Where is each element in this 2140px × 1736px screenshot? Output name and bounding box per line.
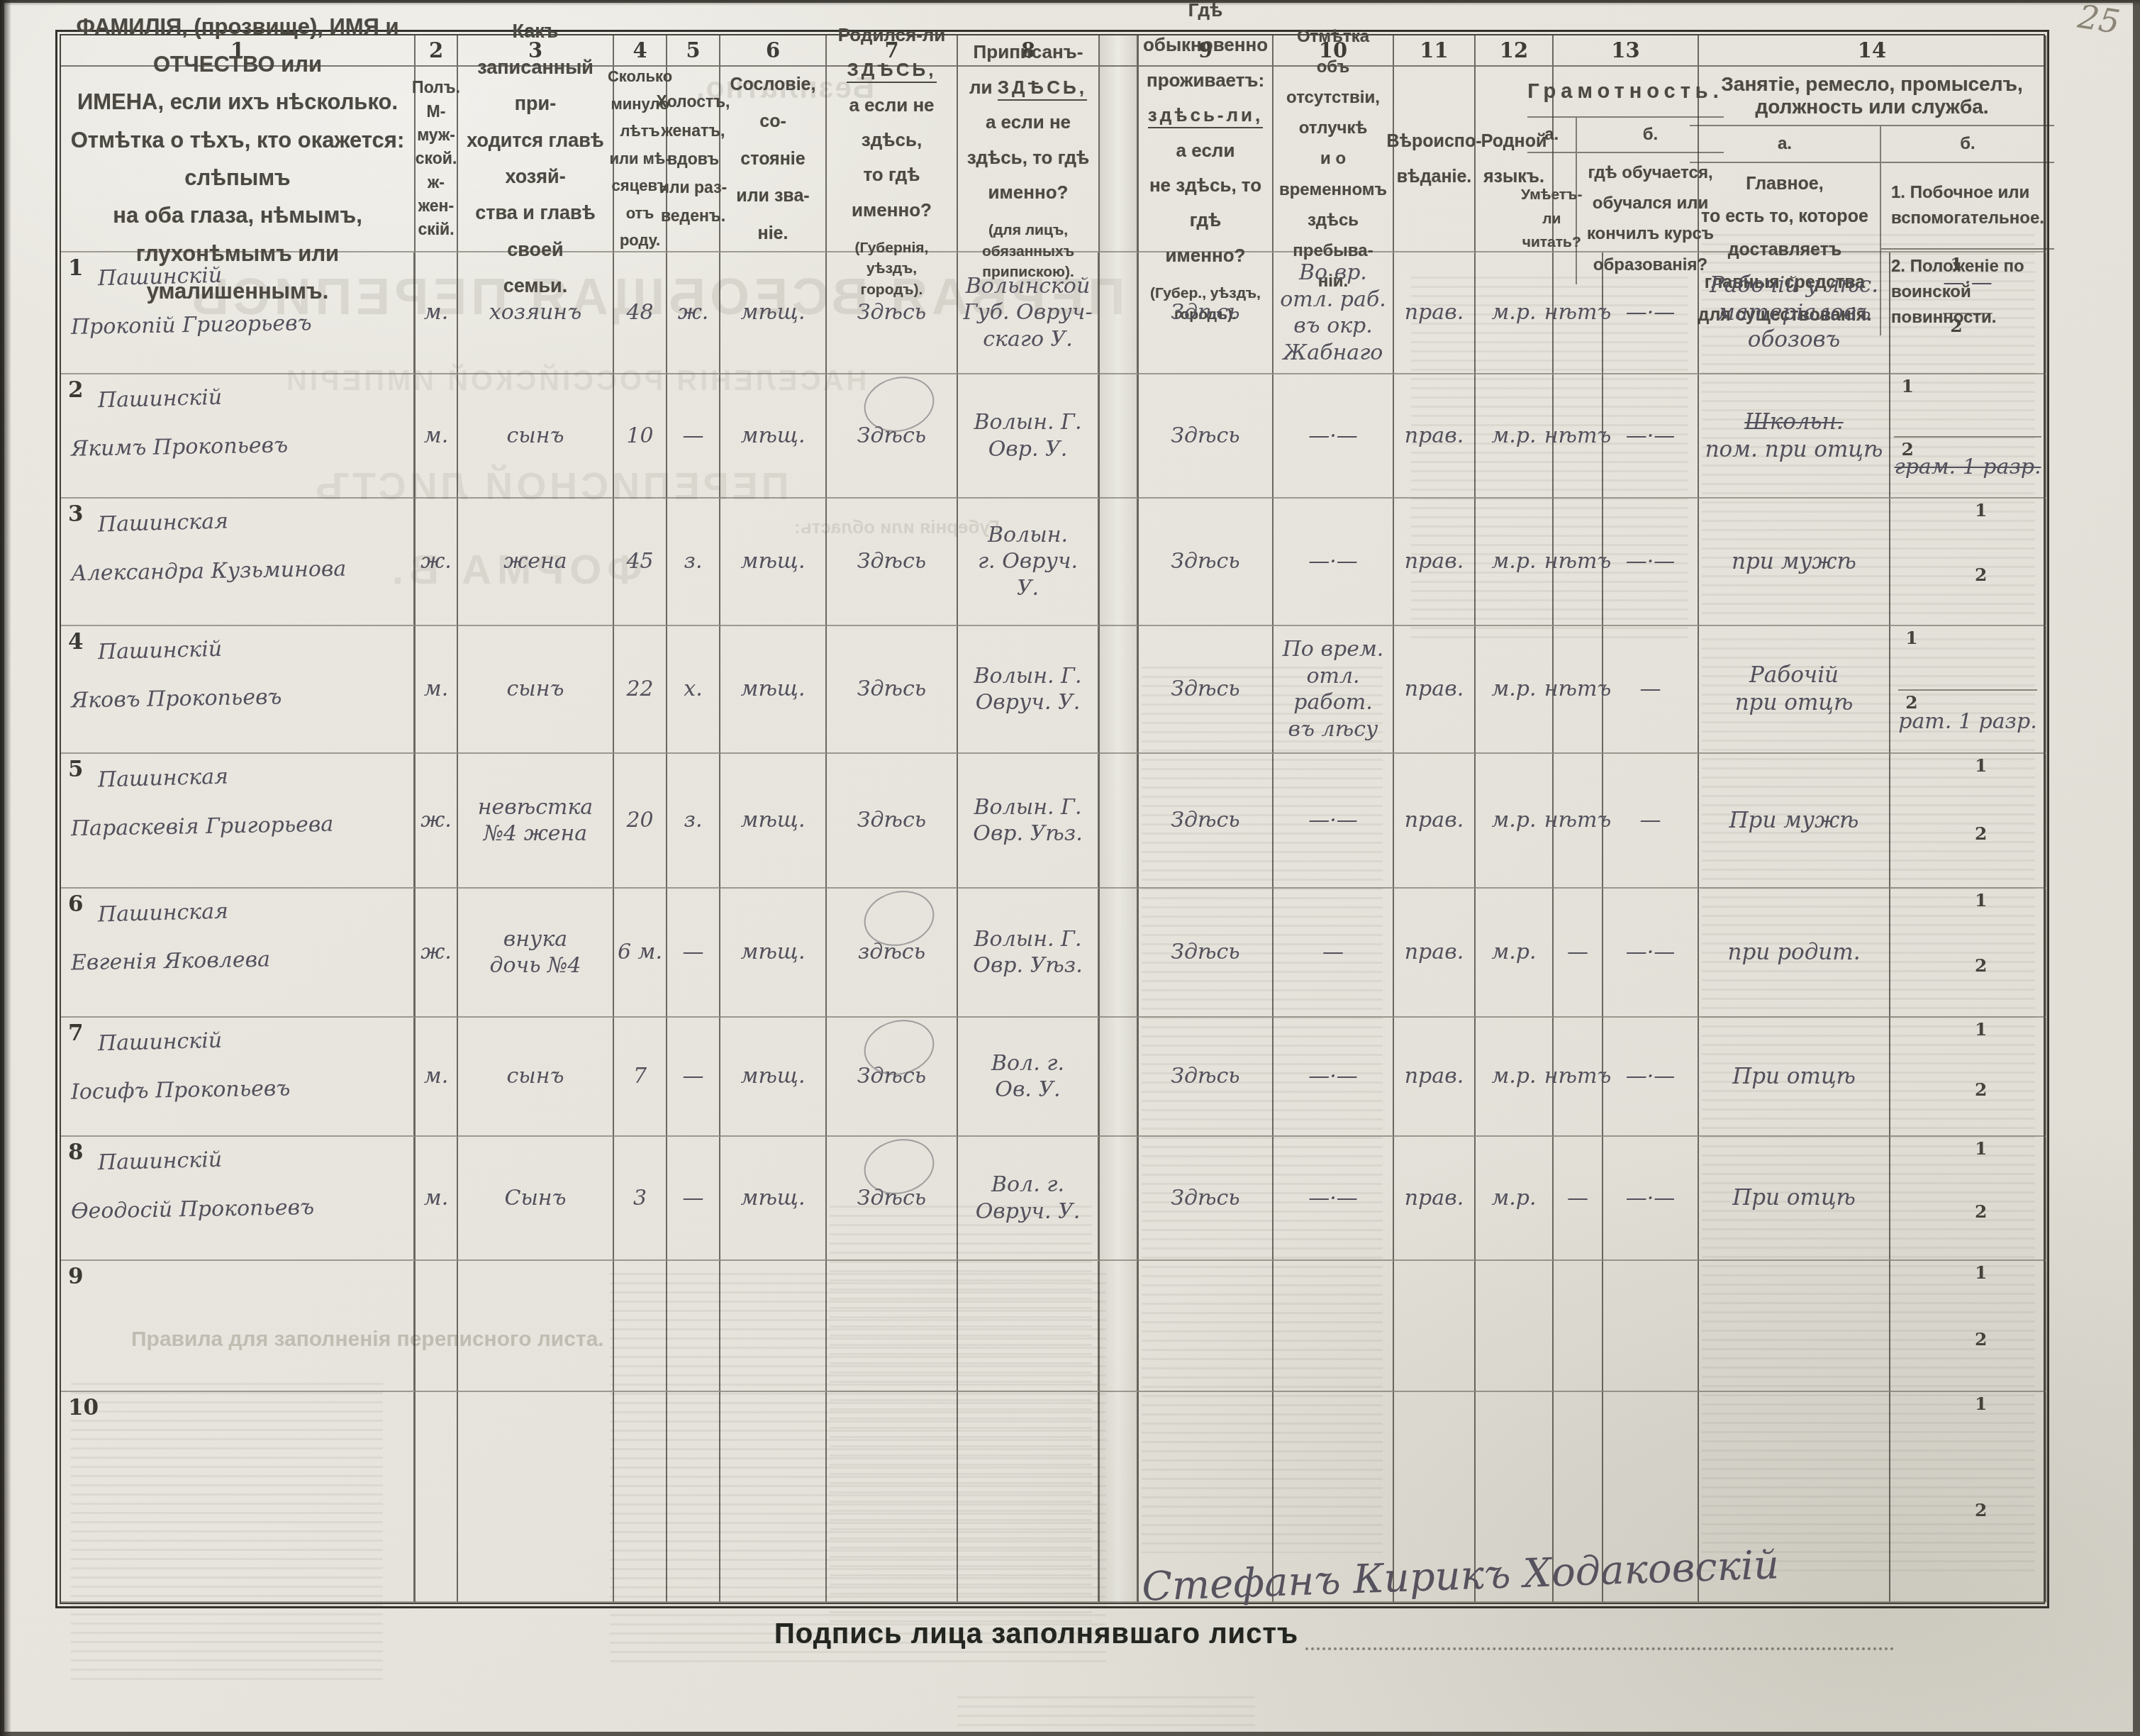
row-8-native-language-text: м.р.: [1491, 1185, 1536, 1212]
row-2-native-language: м.р.: [1476, 374, 1554, 499]
row-7-residence-text: Здѣсь: [1171, 1063, 1239, 1090]
row-6-absence-note: —: [1274, 889, 1394, 1018]
row-3-education-text: —·—: [1626, 548, 1676, 575]
row-3-education: —·—: [1603, 499, 1699, 626]
row-2-education: —·—: [1603, 374, 1699, 499]
row-7-occupation-text: При отцѣ: [1732, 1063, 1856, 1091]
row-5-registration-text: Волын. Г. Овр. Уѣз.: [973, 794, 1082, 847]
row-10-fold-gap: [1100, 1392, 1139, 1603]
row-8-marital-status: —: [667, 1137, 720, 1261]
row-9-box2-label: 2: [1975, 1329, 1987, 1350]
row-4-age: 22: [614, 626, 667, 754]
row-6-box2-label: 2: [1975, 955, 1987, 976]
row-8-box2-label: 2: [1975, 1201, 1987, 1222]
row-6-religion: прав.: [1394, 889, 1476, 1018]
row-4-education-text: —: [1640, 676, 1661, 703]
row-1-box1-label: 1: [1950, 254, 1962, 274]
row-7-can-read: нѣтъ: [1554, 1018, 1603, 1137]
row-9-education: [1603, 1261, 1699, 1392]
signature-block: Подпись лица заполнявшаго листъ: [774, 1618, 1894, 1650]
row-4-name-cell: 4ПашинскійЯковъ Прокопьевъ: [61, 626, 416, 754]
row-6-can-read-text: —: [1567, 939, 1588, 966]
row-3-marital-status-text: з.: [684, 548, 703, 575]
row-7-absence-note-text: —·—: [1308, 1063, 1358, 1090]
row-3-occupation-main: при мужѣ: [1699, 499, 1890, 626]
row-4-relation-text: сынъ: [507, 676, 564, 703]
row-7-surname: Пашинскій: [98, 1028, 223, 1057]
row-5-fold-gap: [1100, 754, 1139, 889]
row-6-marital-status: —: [667, 889, 720, 1018]
col-6-number: 6: [720, 35, 827, 67]
occupation-side-header: 1. Побочное или вспомогательное.: [1881, 163, 2054, 250]
row-9-box1-label: 1: [1975, 1262, 1987, 1283]
row-4-can-read-text: нѣтъ: [1544, 676, 1612, 703]
row-4-religion-text: прав.: [1405, 676, 1464, 703]
row-7-absence-note: —·—: [1274, 1018, 1394, 1137]
row-4-marital-status: х.: [667, 626, 720, 754]
row-7-native-language: м.р.: [1476, 1018, 1554, 1137]
row-5-sex-text: ж.: [420, 807, 452, 834]
col-1-header: ФАМИЛІЯ, (прозвище), ИМЯ и ОТЧЕСТВО или …: [61, 67, 416, 252]
row-5-number: 5: [68, 757, 84, 782]
row-2-box1-label: 1: [1901, 376, 1913, 396]
row-7-residence: Здѣсь: [1139, 1018, 1274, 1137]
row-1-estate: мѣщ.: [720, 252, 827, 374]
col-6-header: Сословіе, со- стояніе или зва- ніе.: [720, 67, 827, 252]
row-2-residence-text: Здѣсь: [1171, 423, 1239, 450]
col-8-header-rest: а если не здѣсь, то гдѣ именно?: [965, 105, 1091, 210]
row-6-registration: Волын. Г. Овр. Уѣз.: [958, 889, 1100, 1018]
row-4-registration-text: Волын. Г. Овруч. У.: [974, 663, 1082, 716]
row-2-can-read-text: нѣтъ: [1544, 423, 1612, 450]
row-1-relation: хозяинъ: [458, 252, 614, 374]
row-10-name-cell: 10: [61, 1392, 416, 1603]
row-6-occupation-text: при родит.: [1728, 939, 1861, 967]
census-grid: 1 2 3 4 5 6 7 8 9 10 11 12 13 14 ФАМИЛІЯ…: [60, 34, 2045, 1604]
row-2-estate-text: мѣщ.: [741, 423, 806, 450]
row-5-marital-status: з.: [667, 754, 720, 889]
row-2-occupation-struck: Школьн.: [1744, 408, 1843, 436]
row-1-absence-note-text: Во вр. отл. раб. въ окр. Жабнаго: [1280, 260, 1386, 366]
row-8-estate: мѣщ.: [720, 1137, 827, 1261]
row-4-fold-gap: [1100, 626, 1139, 754]
row-4-surname: Пашинскій: [98, 636, 223, 666]
row-7-name-cell: 7ПашинскійІосифъ Прокопьевъ: [61, 1018, 416, 1137]
row-4-number: 4: [68, 629, 84, 655]
row-1-registration: Волынской Губ. Овруч- скаго У.: [958, 252, 1100, 374]
row-3-sex-text: ж.: [420, 548, 452, 575]
row-9-estate: [720, 1261, 827, 1392]
row-1-sex: м.: [416, 252, 458, 374]
row-8-age-text: 3: [633, 1185, 647, 1212]
col-4-number: 4: [614, 35, 667, 67]
row-5-birthplace: Здѣсь: [827, 754, 958, 889]
col-5-number: 5: [667, 35, 720, 67]
row-5-residence: Здѣсь: [1139, 754, 1274, 889]
row-4-residence-text: Здѣсь: [1171, 676, 1239, 703]
row-2-marital-status-text: —: [683, 423, 704, 450]
row-6-given-name: Евгенія Яковлева: [71, 946, 271, 976]
row-5-education-text: —: [1640, 807, 1661, 834]
row-3-can-read-text: нѣтъ: [1544, 548, 1612, 575]
row-2-religion: прав.: [1394, 374, 1476, 499]
row-5-given-name: Параскевія Григорьева: [71, 811, 334, 842]
row-1-birthplace-text: Здѣсь: [857, 299, 926, 326]
row-2-sex-text: м.: [424, 423, 448, 450]
row-8-sex-text: м.: [424, 1185, 448, 1212]
row-8-education: —·—: [1603, 1137, 1699, 1261]
row-7-sex-text: м.: [424, 1063, 448, 1090]
row-4-sex: м.: [416, 626, 458, 754]
row-7-registration-text: Вол. г. Ов. У.: [991, 1050, 1064, 1103]
row-8-education-text: —·—: [1626, 1185, 1676, 1212]
col-9-header: Гдѣ обыкновенно проживаетъ: здѣсь-ли, а …: [1139, 67, 1274, 252]
row-3-occupation-side: 12: [1890, 499, 2046, 626]
literacy-sub-a-label: а.: [1527, 118, 1577, 153]
row-10-sex: [416, 1392, 458, 1603]
row-1-residence-text: Здѣсь: [1171, 299, 1239, 326]
row-1-given-name: Прокопій Григорьевъ: [71, 310, 312, 340]
row-1-age-text: 48: [626, 299, 653, 326]
row-4-registration: Волын. Г. Овруч. У.: [958, 626, 1100, 754]
row-2-relation: сынъ: [458, 374, 614, 499]
row-4-box1-label: 1: [1905, 628, 1917, 648]
row-9-name-cell: 9: [61, 1261, 416, 1392]
occupation-title: Занятіе, ремесло, промыселъ, должность и…: [1690, 67, 2054, 126]
row-1-registration-text: Волынской Губ. Овруч- скаго У.: [963, 273, 1092, 353]
row-7-relation-text: сынъ: [507, 1063, 564, 1090]
row-7-registration: Вол. г. Ов. У.: [958, 1018, 1100, 1137]
row-6-sex: ж.: [416, 889, 458, 1018]
row-5-surname: Пашинская: [98, 764, 229, 794]
row-2-marital-status: —: [667, 374, 720, 499]
row-1-name-cell: 1ПашинскійПрокопій Григорьевъ: [61, 252, 416, 374]
row-4-absence-note-text: По врем. отл. работ. въ лѣсу: [1274, 636, 1393, 742]
row-2-military-box-1: 1: [1894, 374, 2041, 436]
row-8-religion-text: прав.: [1405, 1185, 1464, 1212]
row-2-number: 2: [68, 377, 84, 403]
row-7-age: 7: [614, 1018, 667, 1137]
row-9-marital-status: [667, 1261, 720, 1392]
row-5-occupation-side: 12: [1890, 754, 2046, 889]
row-9-occupation-side: 12: [1890, 1261, 2046, 1392]
row-5-relation: невѣстка №4 жена: [458, 754, 614, 889]
row-5-native-language: м.р.: [1476, 754, 1554, 889]
row-5-marital-status-text: з.: [684, 807, 703, 834]
row-5-religion: прав.: [1394, 754, 1476, 889]
row-10-birthplace: [827, 1392, 958, 1603]
row-2-occupation-main: Школьн.пом. при отцѣ: [1699, 374, 1890, 499]
row-10-box1-label: 1: [1975, 1393, 1987, 1414]
row-2-box2-label: 2: [1901, 439, 1913, 460]
row-7-relation: сынъ: [458, 1018, 614, 1137]
row-7-religion-text: прав.: [1405, 1063, 1464, 1090]
row-1-number: 1: [68, 255, 84, 281]
row-3-age: 45: [614, 499, 667, 626]
row-2-fold-gap: [1100, 374, 1139, 499]
col-7-header-rest: а если не здѣсь, то гдѣ именно?: [834, 88, 949, 228]
row-1-estate-text: мѣщ.: [741, 299, 806, 326]
row-1-age: 48: [614, 252, 667, 374]
row-2-age: 10: [614, 374, 667, 499]
row-7-birthplace: Здѣсь: [827, 1018, 958, 1137]
row-8-birthplace-text: Здѣсь: [857, 1185, 926, 1212]
row-3-marital-status: з.: [667, 499, 720, 626]
row-6-marital-status-text: —: [683, 939, 704, 966]
row-7-education: —·—: [1603, 1018, 1699, 1137]
row-6-native-language: м.р.: [1476, 889, 1554, 1018]
row-9-birthplace: [827, 1261, 958, 1392]
row-8-surname: Пашинскій: [98, 1147, 223, 1176]
fold-gap-number: [1100, 35, 1139, 67]
row-2-box2-text: грам. 1 разр.: [1894, 454, 2041, 481]
row-9-residence: [1139, 1261, 1274, 1392]
row-3-absence-note-text: —·—: [1308, 548, 1358, 575]
row-2-birthplace-text: Здѣсь: [857, 423, 926, 450]
row-3-native-language-text: м.р.: [1491, 548, 1536, 575]
row-7-number: 7: [68, 1020, 84, 1046]
row-7-box1-label: 1: [1975, 1019, 1987, 1040]
row-5-box2-label: 2: [1975, 823, 1987, 844]
row-4-military-box-2: 2рат. 1 разр.: [1898, 689, 2036, 752]
row-8-registration-text: Вол. г. Овруч. У.: [976, 1172, 1081, 1225]
row-6-relation: внука дочь №4: [458, 889, 614, 1018]
row-3-residence-text: Здѣсь: [1171, 548, 1239, 575]
row-3-box1-label: 1: [1975, 500, 1987, 521]
row-1-occupation-text: Рабочій у лѣс. матеріаловъ обозовъ: [1710, 272, 1878, 354]
row-6-occupation-side: 12: [1890, 889, 2046, 1018]
row-5-occupation-main: При мужѣ: [1699, 754, 1890, 889]
row-7-can-read-text: нѣтъ: [1544, 1063, 1612, 1090]
row-5-registration: Волын. Г. Овр. Уѣз.: [958, 754, 1100, 889]
row-2-absence-note-text: —·—: [1308, 423, 1358, 450]
row-1-sex-text: м.: [424, 299, 448, 326]
signature-dotted-line: [1305, 1640, 1894, 1650]
col-8-header-emphasis: ЗДѢСЬ,: [998, 77, 1087, 101]
row-1-can-read: нѣтъ: [1554, 252, 1603, 374]
row-3-registration: Волын. г. Овруч. У.: [958, 499, 1100, 626]
row-4-occupation-side: 12рат. 1 разр.: [1890, 626, 2046, 754]
row-6-surname: Пашинская: [98, 898, 229, 928]
row-2-surname: Пашинскій: [98, 384, 223, 414]
row-3-estate-text: мѣщ.: [741, 548, 806, 575]
row-4-sex-text: м.: [424, 676, 448, 703]
row-3-age-text: 45: [626, 548, 653, 575]
row-7-estate: мѣщ.: [720, 1018, 827, 1137]
row-4-can-read: нѣтъ: [1554, 626, 1603, 754]
row-3-number: 3: [68, 501, 84, 527]
col-7-header: Родился-ли ЗДѢСЬ, а если не здѣсь, то гд…: [827, 67, 958, 252]
row-6-birthplace-text: здѣсь: [858, 939, 925, 966]
row-10-estate: [720, 1392, 827, 1603]
row-3-surname: Пашинская: [98, 508, 229, 538]
row-1-native-language: м.р.: [1476, 252, 1554, 374]
row-4-education: —: [1603, 626, 1699, 754]
col-3-header: Какъ записанный при- ходится главѣ хозяй…: [458, 67, 614, 252]
row-10-number: 10: [68, 1395, 99, 1420]
row-4-military-box-1: 1: [1898, 626, 2036, 689]
row-8-residence: Здѣсь: [1139, 1137, 1274, 1261]
row-3-estate: мѣщ.: [720, 499, 827, 626]
col-2-header: Полъ. М-муж- ской. ж-жен- скій.: [416, 67, 458, 252]
row-4-religion: прав.: [1394, 626, 1476, 754]
row-6-occupation-main: при родит.: [1699, 889, 1890, 1018]
row-3-birthplace: Здѣсь: [827, 499, 958, 626]
row-7-birthplace-text: Здѣсь: [857, 1063, 926, 1090]
row-1-military-box-2: 2: [1943, 313, 1993, 373]
row-5-residence-text: Здѣсь: [1171, 807, 1239, 834]
row-6-residence: Здѣсь: [1139, 889, 1274, 1018]
row-5-native-language-text: м.р.: [1491, 807, 1536, 834]
row-6-religion-text: прав.: [1405, 939, 1464, 966]
row-9-fold-gap: [1100, 1261, 1139, 1392]
row-9-registration: [958, 1261, 1100, 1392]
row-8-relation: Сынъ: [458, 1137, 614, 1261]
row-6-estate-text: мѣщ.: [741, 939, 806, 966]
row-5-absence-note: —·—: [1274, 754, 1394, 889]
row-7-occupation-side: 12: [1890, 1018, 2046, 1137]
row-4-relation: сынъ: [458, 626, 614, 754]
row-2-occupation-text: пом. при отцѣ: [1705, 436, 1883, 464]
row-6-education: —·—: [1603, 889, 1699, 1018]
row-7-age-text: 7: [633, 1063, 647, 1090]
row-4-estate: мѣщ.: [720, 626, 827, 754]
row-1-occupation-side: 1—·—2: [1890, 252, 2046, 374]
row-5-occupation-text: При мужѣ: [1729, 807, 1859, 835]
col-5-header: Холостъ, женатъ, вдовъ или раз- веденъ.: [667, 67, 720, 252]
col-12-number: 12: [1476, 35, 1554, 67]
row-1-marital-status-text: ж.: [678, 299, 709, 326]
row-9-age: [614, 1261, 667, 1392]
row-5-relation-text: невѣстка №4 жена: [478, 794, 593, 847]
row-3-registration-text: Волын. г. Овруч. У.: [978, 522, 1078, 602]
row-5-age: 20: [614, 754, 667, 889]
row-6-native-language-text: м.р.: [1491, 939, 1536, 966]
row-9-occupation-main: [1699, 1261, 1890, 1392]
row-8-name-cell: 8ПашинскійѲеодосій Прокопьевъ: [61, 1137, 416, 1261]
col-2-number: 2: [416, 35, 458, 67]
row-8-native-language: м.р.: [1476, 1137, 1554, 1261]
row-5-age-text: 20: [626, 807, 653, 834]
row-1-residence: Здѣсь: [1139, 252, 1274, 374]
row-9-absence-note: [1274, 1261, 1394, 1392]
row-2-absence-note: —·—: [1274, 374, 1394, 499]
row-2-given-name: Якимъ Прокопьевъ: [71, 432, 289, 462]
row-1-birthplace: Здѣсь: [827, 252, 958, 374]
row-7-occupation-main: При отцѣ: [1699, 1018, 1890, 1137]
row-6-estate: мѣщ.: [720, 889, 827, 1018]
row-3-box2-label: 2: [1975, 564, 1987, 585]
row-7-native-language-text: м.р.: [1491, 1063, 1536, 1090]
row-4-box2-text: рат. 1 разр.: [1898, 708, 2036, 735]
row-1-religion: прав.: [1394, 252, 1476, 374]
row-3-religion: прав.: [1394, 499, 1476, 626]
row-8-religion: прав.: [1394, 1137, 1476, 1261]
row-6-age: 6 м.: [614, 889, 667, 1018]
row-5-estate: мѣщ.: [720, 754, 827, 889]
row-10-relation: [458, 1392, 614, 1603]
row-3-religion-text: прав.: [1405, 548, 1464, 575]
row-7-fold-gap: [1100, 1018, 1139, 1137]
row-5-box1-label: 1: [1975, 755, 1987, 776]
row-3-residence: Здѣсь: [1139, 499, 1274, 626]
row-1-education-text: —·—: [1626, 299, 1676, 326]
row-1-box2-label: 2: [1950, 316, 1962, 336]
row-2-native-language-text: м.р.: [1491, 423, 1536, 450]
row-7-given-name: Іосифъ Прокопьевъ: [71, 1075, 291, 1106]
row-4-native-language: м.р.: [1476, 626, 1554, 754]
row-3-name-cell: 3ПашинскаяАлександра Кузьминова: [61, 499, 416, 626]
row-2-education-text: —·—: [1626, 423, 1676, 450]
row-4-absence-note: По врем. отл. работ. въ лѣсу: [1274, 626, 1394, 754]
row-4-age-text: 22: [626, 676, 653, 703]
col-13-number: 13: [1554, 35, 1699, 67]
row-2-age-text: 10: [626, 423, 653, 450]
row-7-religion: прав.: [1394, 1018, 1476, 1137]
scan-left-edge: [0, 0, 11, 1736]
occupation-sub-a-label: а.: [1690, 126, 1880, 163]
col-7-header-pre: Родился-ли: [838, 24, 946, 45]
row-6-education-text: —·—: [1626, 939, 1676, 966]
col-9-header-pre: Гдѣ обыкновенно проживаетъ:: [1143, 0, 1268, 98]
row-9-can-read: [1554, 1261, 1603, 1392]
row-8-fold-gap: [1100, 1137, 1139, 1261]
row-8-occupation-text: При отцѣ: [1732, 1184, 1856, 1212]
row-5-can-read-text: нѣтъ: [1544, 807, 1612, 834]
row-8-can-read-text: —: [1567, 1185, 1588, 1212]
row-5-can-read: нѣтъ: [1554, 754, 1603, 889]
row-1-native-language-text: м.р.: [1491, 299, 1536, 326]
row-7-education-text: —·—: [1626, 1063, 1676, 1090]
row-8-given-name: Ѳеодосій Прокопьевъ: [71, 1194, 315, 1225]
row-8-estate-text: мѣщ.: [741, 1185, 806, 1212]
scan-top-edge: [0, 0, 2140, 6]
row-1-education: —·—: [1603, 252, 1699, 374]
row-8-occupation-main: При отцѣ: [1699, 1137, 1890, 1261]
col-11-header: Вѣроиспо- вѣданіе.: [1394, 67, 1476, 252]
row-8-sex: м.: [416, 1137, 458, 1261]
row-5-absence-note-text: —·—: [1308, 807, 1358, 834]
row-1-relation-text: хозяинъ: [489, 299, 581, 326]
row-6-fold-gap: [1100, 889, 1139, 1018]
col-8-header: Приписанъ-ли ЗДѢСЬ, а если не здѣсь, то …: [958, 67, 1100, 252]
row-10-box2-label: 2: [1975, 1500, 1987, 1520]
row-9-sex: [416, 1261, 458, 1392]
row-8-marital-status-text: —: [683, 1185, 704, 1212]
row-10-occupation-side: 12: [1890, 1392, 2046, 1603]
row-10-registration: [958, 1392, 1100, 1603]
row-4-marital-status-text: х.: [684, 676, 702, 703]
row-6-age-text: 6 м.: [618, 939, 662, 966]
col-10-header: Отмѣтка объ отсутствіи, отлучкѣ и о врем…: [1274, 67, 1394, 252]
row-4-residence: Здѣсь: [1139, 626, 1274, 754]
col-7-header-emphasis: ЗДѢСЬ,: [847, 59, 936, 83]
row-2-birthplace: Здѣсь: [827, 374, 958, 499]
row-1-marital-status: ж.: [667, 252, 720, 374]
col-13-header: Грамотность. а. б. Умѣетъ- ли читать? гд…: [1554, 67, 1699, 252]
row-6-registration-text: Волын. Г. Овр. Уѣз.: [973, 926, 1082, 979]
row-4-birthplace-text: Здѣсь: [857, 676, 926, 703]
row-9-number: 9: [68, 1264, 84, 1289]
row-3-fold-gap: [1100, 499, 1139, 626]
row-7-estate-text: мѣщ.: [741, 1063, 806, 1090]
row-4-birthplace: Здѣсь: [827, 626, 958, 754]
row-6-absence-note-text: —: [1322, 939, 1344, 966]
row-3-can-read: нѣтъ: [1554, 499, 1603, 626]
row-9-native-language: [1476, 1261, 1554, 1392]
row-5-birthplace-text: Здѣсь: [857, 807, 926, 834]
row-7-marital-status: —: [667, 1018, 720, 1137]
